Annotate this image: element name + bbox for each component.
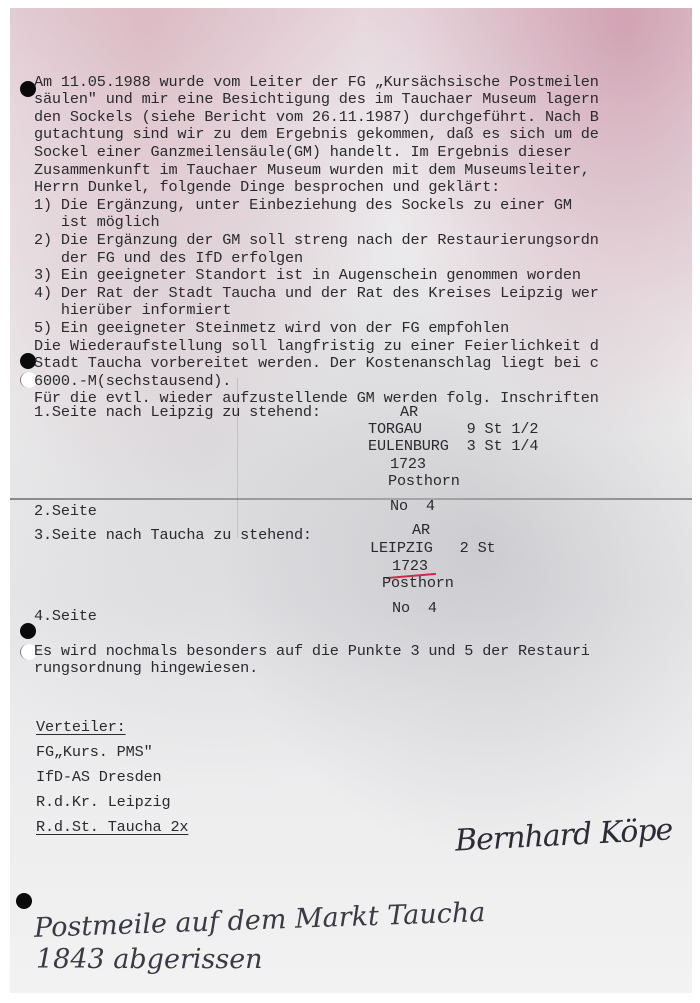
side3-line: AR — [412, 522, 430, 540]
body-line: Die Wiederaufstellung soll langfristig z… — [34, 338, 599, 356]
body-line: Sockel einer Ganzmeilensäule(GM) handelt… — [34, 144, 599, 162]
closing-line: Es wird nochmals besonders auf die Punkt… — [34, 643, 590, 661]
recipient: IfD-AS Dresden — [36, 765, 188, 790]
side4-label: 4.Seite — [34, 608, 97, 626]
body-line: Am 11.05.1988 wurde vom Leiter der FG „K… — [34, 74, 599, 92]
side1-line: 1723 — [390, 456, 426, 474]
body-line: 6000.-M(sechstausend). — [34, 373, 599, 391]
list-item-continuation: der FG und des IfD erfolgen — [34, 250, 599, 268]
side3-line: LEIPZIG 2 St — [370, 540, 496, 558]
closing-line: rungsordnung hingewiesen. — [34, 660, 590, 678]
side4-line: No 4 — [392, 600, 437, 618]
horizontal-fold-line — [10, 498, 692, 500]
list-item-continuation: hierüber informiert — [34, 302, 599, 320]
punch-hole — [16, 893, 32, 909]
body-line: Stadt Taucha vorbereitet werden. Der Kos… — [34, 355, 599, 373]
side3-label: 3.Seite nach Taucha zu stehend: — [34, 527, 312, 545]
distribution-heading: Verteiler: — [36, 715, 188, 740]
side2-line: No 4 — [390, 498, 435, 516]
recipient: FG„Kurs. PMS" — [36, 740, 188, 765]
side1-line: TORGAU 9 St 1/2 — [368, 421, 538, 439]
distribution-list: Verteiler:FG„Kurs. PMS"IfD-AS DresdenR.d… — [36, 690, 188, 865]
recipient: R.d.Kr. Leipzig — [36, 790, 188, 815]
side1-line: AR — [400, 404, 418, 422]
handwritten-note-line: 1843 abgerissen — [36, 944, 263, 975]
body-line: Zusammenkunft im Tauchaer Museum wurden … — [34, 162, 599, 180]
body-line: säulen" und mir eine Besichtigung des im… — [34, 91, 599, 109]
side1-line: Posthorn — [388, 473, 460, 491]
side1-label: 1.Seite nach Leipzig zu stehend: — [34, 404, 321, 422]
body-line: gutachtung sind wir zu dem Ergebnis geko… — [34, 126, 599, 144]
list-item: 4) Der Rat der Stadt Taucha und der Rat … — [34, 285, 599, 303]
letter-body: Am 11.05.1988 wurde vom Leiter der FG „K… — [34, 56, 599, 425]
side2-label: 2.Seite — [34, 503, 97, 521]
list-item-continuation: ist möglich — [34, 214, 599, 232]
body-line: Herrn Dunkel, folgende Dinge besprochen … — [34, 179, 599, 197]
body-line: den Sockels (siehe Bericht vom 26.11.198… — [34, 109, 599, 127]
recipient: R.d.St. Taucha 2x — [36, 815, 188, 840]
list-item: 1) Die Ergänzung, unter Einbeziehung des… — [34, 197, 599, 215]
list-item: 2) Die Ergänzung der GM soll streng nach… — [34, 232, 599, 250]
list-item: 3) Ein geeigneter Standort ist in Augens… — [34, 267, 599, 285]
side3-line: Posthorn — [382, 575, 454, 593]
list-item: 5) Ein geeigneter Steinmetz wird von der… — [34, 320, 599, 338]
closing-text: Es wird nochmals besonders auf die Punkt… — [34, 625, 590, 695]
side1-line: EULENBURG 3 St 1/4 — [368, 438, 538, 456]
